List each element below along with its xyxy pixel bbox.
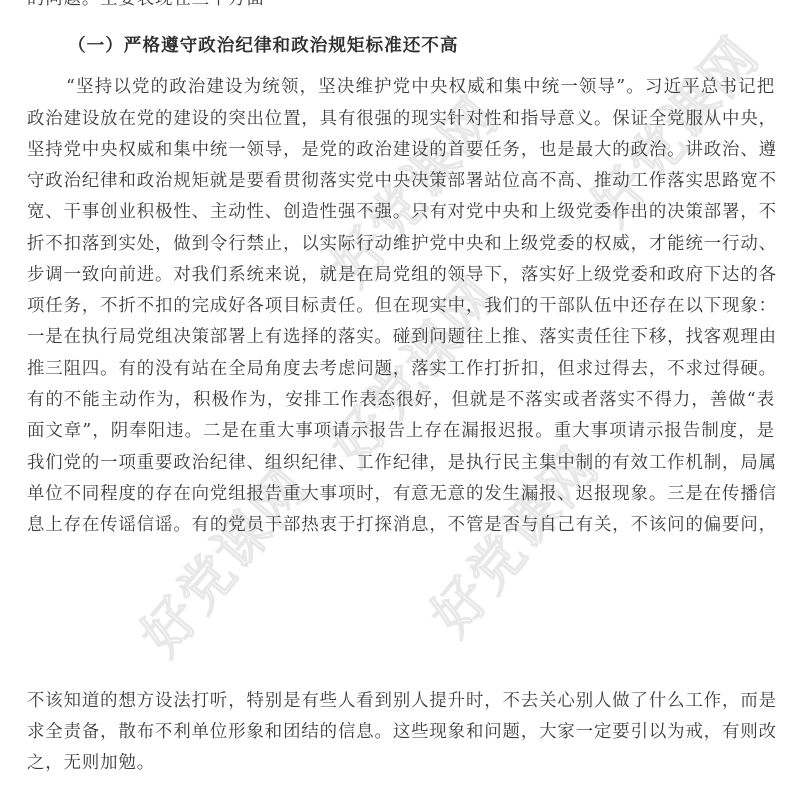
- partial-text-line: 的问题。主要表现在三个方面: [27, 0, 775, 10]
- text-line: 项任务，不折不扣的完成好各项目标责任。但在现实中，我们的干部队伍中还存在以下现象…: [27, 295, 775, 317]
- text-line: 之，无则加勉。: [27, 752, 775, 774]
- text-line: 单位不同程度的存在向党组报告重大事项时，有意无意的发生漏报、迟报现象。三是在传播…: [27, 483, 775, 505]
- text-line: 有的不能主动作为，积极作为，安排工作表态很好，但就是不落实或者落实不得力，善做“…: [27, 389, 775, 411]
- text-line: 一是在执行局党组决策部署上有选择的落实。碰到问题往上推、落实责任往下移，找客观理…: [27, 326, 775, 348]
- text-line: “坚持以党的政治建设为统领，坚决维护党中央权威和集中统一领导”。习近平总书记把: [66, 76, 775, 98]
- text-line: 我们党的一项重要政治纪律、组织纪律、工作纪律，是执行民主集中制的有效工作机制，局…: [27, 452, 775, 474]
- section-heading: （一）严格遵守政治纪律和政治规矩标准还不高: [68, 35, 458, 57]
- text-line: 宽、干事创业积极性、主动性、创造性强不强。只有对党中央和上级党委作出的决策部署，…: [27, 201, 775, 223]
- text-line: 推三阻四。有的没有站在全局角度去考虑问题，落实工作打折扣，但求过得去，不求过得硬…: [27, 358, 775, 380]
- text-line: 折不扣落到实处，做到令行禁止，以实际行动维护党中央和上级党委的权威，才能统一行动…: [27, 233, 775, 255]
- text-line: 步调一致向前进。对我们系统来说，就是在局党组的领导下，落实好上级党委和政府下达的…: [27, 264, 775, 286]
- text-line: 不该知道的想方设法打听，特别是有些人看到别人提升时，不去关心别人做了什么工作，而…: [27, 690, 775, 712]
- text-line: 坚持党中央权威和集中统一领导，是党的政治建设的首要任务，也是最大的政治。讲政治、…: [27, 139, 775, 161]
- text-line: 息上存在传谣信谣。有的党员干部热衷于打探消息，不管是否与自己有关，不该问的偏要问…: [27, 514, 775, 536]
- watermark: 好党课网: [121, 448, 324, 669]
- text-line: 政治建设放在党的建设的突出位置，具有很强的现实针对性和指导意义。保证全党服从中央…: [27, 108, 775, 130]
- document-page: 好党课网 好党课网 好党课网 好党课网 好党课网 的问题。主要表现在三个方面 （…: [0, 0, 800, 800]
- text-line: 守政治纪律和政治规矩就是要看贯彻落实党中央决策部署站位高不高、推动工作落实思路宽…: [27, 170, 775, 192]
- text-line: 求全责备，散布不利单位形象和团结的信息。这些现象和问题，大家一定要引以为戒，有则…: [27, 721, 775, 743]
- text-line: 面文章”，阴奉阳违。二是在重大事项请示报告上存在漏报迟报。重大事项请示报告制度，…: [27, 420, 775, 442]
